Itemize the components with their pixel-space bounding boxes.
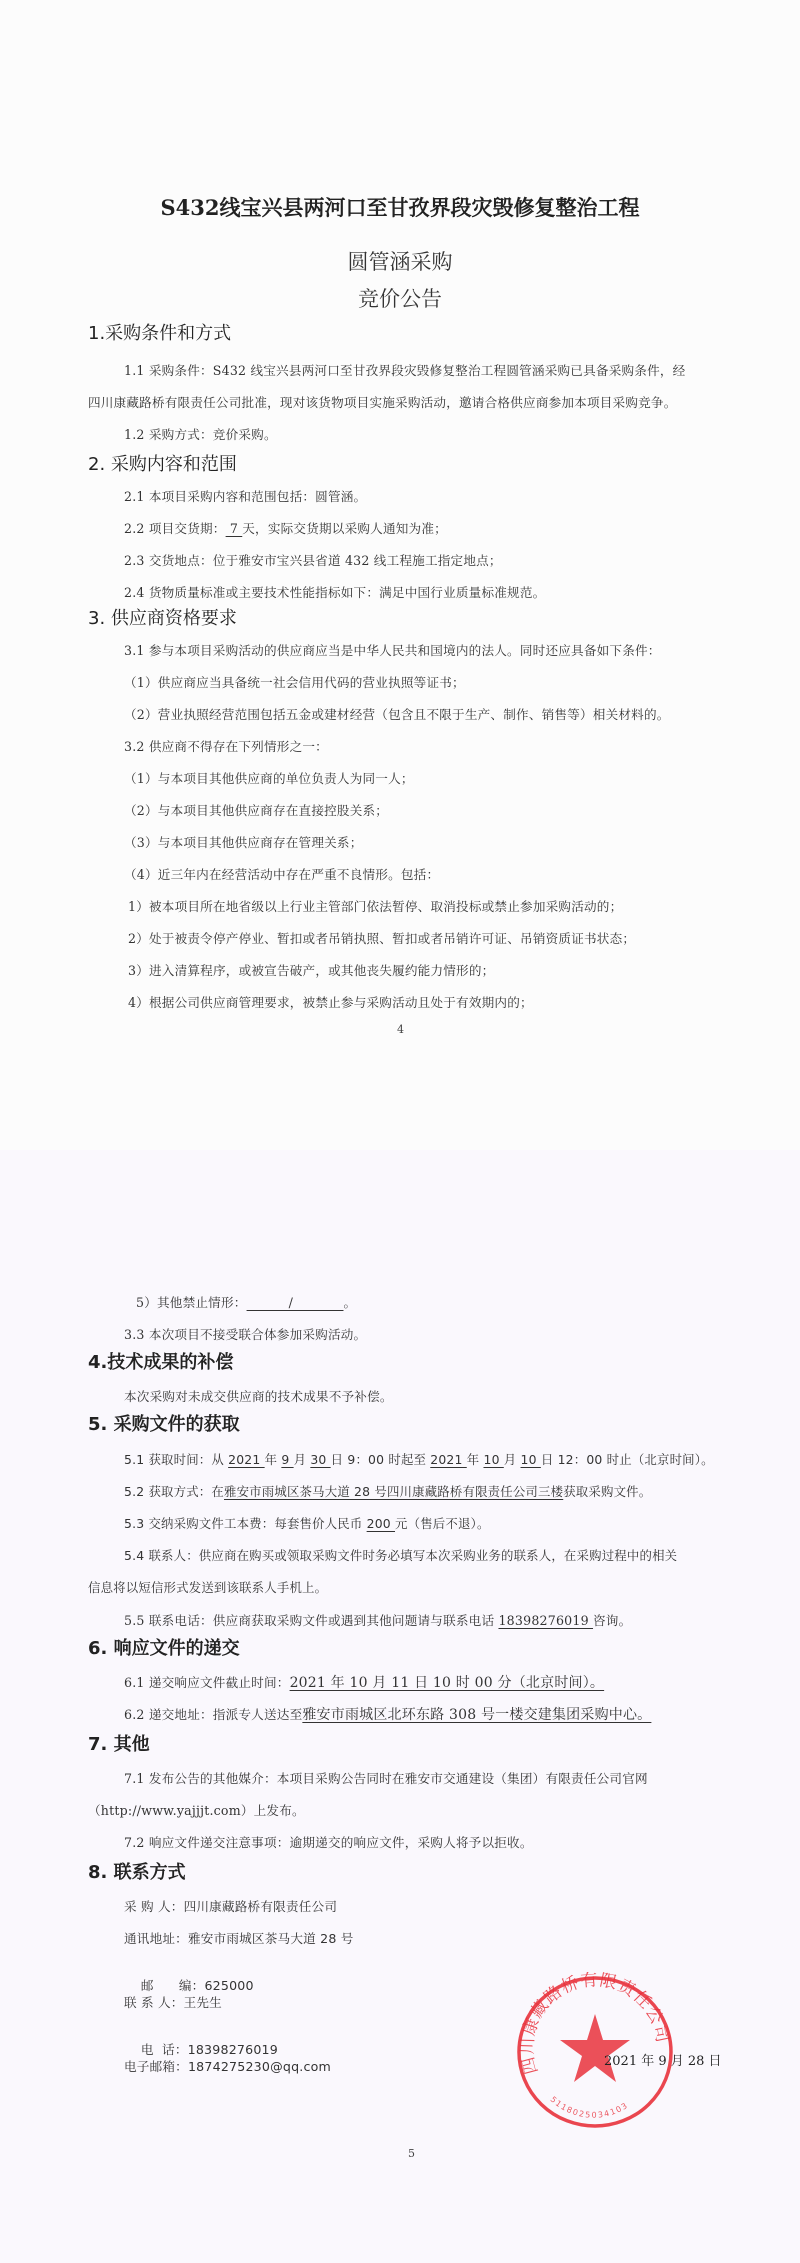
end-year: 2021	[430, 1452, 466, 1467]
paragraph-5-2: 5.2 获取方式：在雅安市雨城区茶马大道 28 号四川康藏路桥有限责任公司三楼获…	[124, 1482, 651, 1500]
signature-date: 2021 年 9 月 28 日	[604, 2050, 722, 2069]
text: 5.1 获取时间：从	[124, 1452, 228, 1467]
paragraph-3-2: 3.2 供应商不得存在下列情形之一：	[124, 736, 328, 755]
paragraph-7-1-line2: （http://www.yajjjt.com）上发布。	[88, 1800, 305, 1819]
address-value: 雅安市雨城区茶马大道 28 号	[188, 1931, 354, 1946]
postcode-value: 625000	[204, 1978, 253, 1993]
paragraph-3-1-2: （2）营业执照经营范围包括五金或建材经营（包含且不限于生产、制作、销售等）相关材…	[124, 704, 670, 723]
other-prohibited-value: /	[247, 1295, 344, 1310]
text: 年	[265, 1452, 282, 1467]
end-month: 10	[483, 1452, 503, 1467]
section-heading-7: 7. 其他	[88, 1730, 150, 1756]
paragraph-3-1-1: （1）供应商应当具备统一社会信用代码的营业执照等证书；	[124, 672, 465, 691]
text: 月	[294, 1452, 311, 1467]
paragraph-7-2: 7.2 响应文件递交注意事项：逾期递交的响应文件，采购人将予以拒收。	[124, 1832, 533, 1851]
paragraph-2-1: 2.1 本项目采购内容和范围包括：圆管涵。	[124, 486, 366, 505]
text: 5.2 获取方式：在	[124, 1484, 224, 1499]
text: 5.3 交纳采购文件工本费：每套售价人民币	[124, 1516, 367, 1531]
paragraph-6-2: 6.2 递交地址：指派专人送达至雅安市雨城区北环东路 308 号一楼交建集团采购…	[124, 1704, 651, 1724]
paragraph-2-2: 2.2 项目交货期： 7 天，实际交货期以采购人通知为准；	[124, 518, 447, 537]
other-prohibited-label: 5）其他禁止情形：	[136, 1295, 247, 1310]
paragraph-5-5: 5.5 联系电话：供应商获取采购文件或遇到其他问题请与联系电话 18398276…	[124, 1610, 631, 1629]
contact-email-row: 电子邮箱：1874275230@qq.com	[124, 2056, 331, 2075]
delivery-days: 7	[226, 521, 243, 536]
buyer-label: 采 购 人：	[124, 1899, 184, 1914]
section-heading-3: 3. 供应商资格要求	[88, 604, 237, 630]
paragraph-3-2-4-2: 2）处于被责令停产停业、暂扣或者吊销执照、暂扣或者吊销许可证、吊销资质证书状态；	[128, 928, 635, 947]
pickup-location: 雅安市雨城区茶马大道 28 号四川康藏路桥有限责任公司三楼	[224, 1484, 563, 1499]
section-heading-4: 4.技术成果的补偿	[88, 1348, 233, 1374]
document-subtitle-item: 圆管涵采购	[0, 246, 800, 276]
document-page-4: S432线宝兴县两河口至甘孜界段灾毁修复整治工程 圆管涵采购 竞价公告 1.采购…	[0, 0, 800, 1150]
end-day: 10	[521, 1452, 541, 1467]
buyer-value: 四川康藏路桥有限责任公司	[184, 1899, 338, 1914]
start-day: 30	[310, 1452, 330, 1467]
contact-person: 联 系 人：王先生	[124, 1992, 222, 2011]
text: 获取采购文件。	[563, 1484, 651, 1499]
contact-person-value: 王先生	[184, 1995, 222, 2010]
paragraph-7-1-line1: 7.1 发布公告的其他媒介：本项目采购公告同时在雅安市交通建设（集团）有限责任公…	[124, 1768, 648, 1787]
email-value: 1874275230@qq.com	[188, 2059, 331, 2074]
document-page-5: 5）其他禁止情形： / 。 3.3 本次项目不接受联合体参加采购活动。 4.技术…	[0, 1150, 800, 2263]
page-number: 4	[397, 1023, 404, 1036]
start-year: 2021	[228, 1452, 264, 1467]
paragraph-3-2-4-1: 1）被本项目所在地省级以上行业主管部门依法暂停、取消投标或禁止参加采购活动的；	[128, 896, 622, 915]
paragraph-3-2-4-3: 3）进入清算程序，或被宣告破产，或其他丧失履约能力情形的；	[128, 960, 494, 979]
text: 5.5 联系电话：供应商获取采购文件或遇到其他问题请与联系电话	[124, 1613, 498, 1628]
contact-phone: 18398276019	[498, 1613, 593, 1628]
text: 6.2 递交地址：指派专人送达至	[124, 1707, 302, 1722]
other-prohibited-suffix: 。	[343, 1295, 356, 1310]
delivery-suffix: 天，实际交货期以采购人通知为准；	[242, 521, 447, 536]
section-heading-8: 8. 联系方式	[88, 1858, 186, 1884]
paragraph-3-2-1: （1）与本项目其他供应商的单位负责人为同一人；	[124, 768, 414, 787]
start-month: 9	[281, 1452, 293, 1467]
paragraph-5-1: 5.1 获取时间：从 2021 年 9 月 30 日 9：00 时起至 2021…	[124, 1450, 714, 1468]
paragraph-4: 本次采购对未成交供应商的技术成果不予补偿。	[124, 1386, 393, 1405]
svg-text:5118025034103: 5118025034103	[549, 2095, 630, 2120]
paragraph-1-1-line1: 1.1 采购条件：S432 线宝兴县两河口至甘孜界段灾毁修复整治工程圆管涵采购已…	[124, 360, 685, 379]
text: 元（售后不退）。	[395, 1516, 490, 1531]
paragraph-2-3: 2.3 交货地点：位于雅安市宝兴县省道 432 线工程施工指定地点；	[124, 550, 502, 569]
submission-deadline: 2021 年 10 月 11 日 10 时 00 分（北京时间）。	[290, 1675, 605, 1691]
phone-value: 18398276019	[188, 2042, 278, 2057]
contact-person-label: 联 系 人：	[124, 1995, 184, 2010]
paragraph-3-3: 3.3 本次项目不接受联合体参加采购活动。	[124, 1324, 366, 1343]
fee-amount: 200	[367, 1516, 395, 1531]
text: 咨询。	[593, 1613, 631, 1628]
text: 日 12：00 时止（北京时间）。	[541, 1452, 714, 1467]
paragraph-5-4-line2: 信息将以短信形式发送到该联系人手机上。	[88, 1578, 327, 1596]
section-heading-2: 2. 采购内容和范围	[88, 450, 237, 476]
section-heading-6: 6. 响应文件的递交	[88, 1634, 240, 1660]
paragraph-3-2-3: （3）与本项目其他供应商存在管理关系；	[124, 832, 363, 851]
text: 月	[504, 1452, 521, 1467]
text: 日 9：00 时起至	[331, 1452, 431, 1467]
address-label: 通讯地址：	[124, 1931, 188, 1946]
phone-label: 电 话：	[141, 2042, 188, 2057]
text: 年	[467, 1452, 484, 1467]
document-subtitle-notice: 竞价公告	[0, 283, 800, 313]
paragraph-1-1-line2: 四川康藏路桥有限责任公司批准，现对该货物项目实施采购活动，邀请合格供应商参加本项…	[88, 392, 677, 411]
paragraph-3-2-4: （4）近三年内在经营活动中存在严重不良情形。包括：	[124, 864, 439, 883]
paragraph-1-2: 1.2 采购方式：竞价采购。	[124, 424, 277, 443]
text: 6.1 递交响应文件截止时间：	[124, 1675, 290, 1690]
paragraph-5-4-line1: 5.4 联系人：供应商在购买或领取采购文件时务必填写本次采购业务的联系人，在采购…	[124, 1546, 677, 1564]
document-title: S432线宝兴县两河口至甘孜界段灾毁修复整治工程	[0, 192, 800, 222]
page-number: 5	[408, 2147, 415, 2160]
section-heading-1: 1.采购条件和方式	[88, 319, 231, 345]
contact-buyer: 采 购 人：四川康藏路桥有限责任公司	[124, 1896, 337, 1915]
paragraph-3-2-4-4: 4）根据公司供应商管理要求，被禁止参与采购活动且处于有效期内的；	[128, 992, 533, 1011]
paragraph-6-1: 6.1 递交响应文件截止时间：2021 年 10 月 11 日 10 时 00 …	[124, 1672, 604, 1692]
paragraph-5-3: 5.3 交纳采购文件工本费：每套售价人民币 200 元（售后不退）。	[124, 1514, 490, 1532]
delivery-label: 2.2 项目交货期：	[124, 521, 226, 536]
paragraph-2-4: 2.4 货物质量标准或主要技术性能指标如下：满足中国行业质量标准规范。	[124, 582, 545, 601]
paragraph-3-2-2: （2）与本项目其他供应商存在直接控股关系；	[124, 800, 388, 819]
submission-address: 雅安市雨城区北环东路 308 号一楼交建集团采购中心。	[302, 1707, 651, 1723]
email-label: 电子邮箱：	[124, 2059, 188, 2074]
paragraph-3-2-4-5: 5）其他禁止情形： / 。	[136, 1292, 356, 1311]
postcode-label: 邮 编：	[141, 1978, 205, 1993]
paragraph-3-1: 3.1 参与本项目采购活动的供应商应当是中华人民共和国境内的法人。同时还应具备如…	[124, 640, 661, 659]
contact-address: 通讯地址：雅安市雨城区茶马大道 28 号	[124, 1928, 354, 1947]
section-heading-5: 5. 采购文件的获取	[88, 1410, 240, 1436]
